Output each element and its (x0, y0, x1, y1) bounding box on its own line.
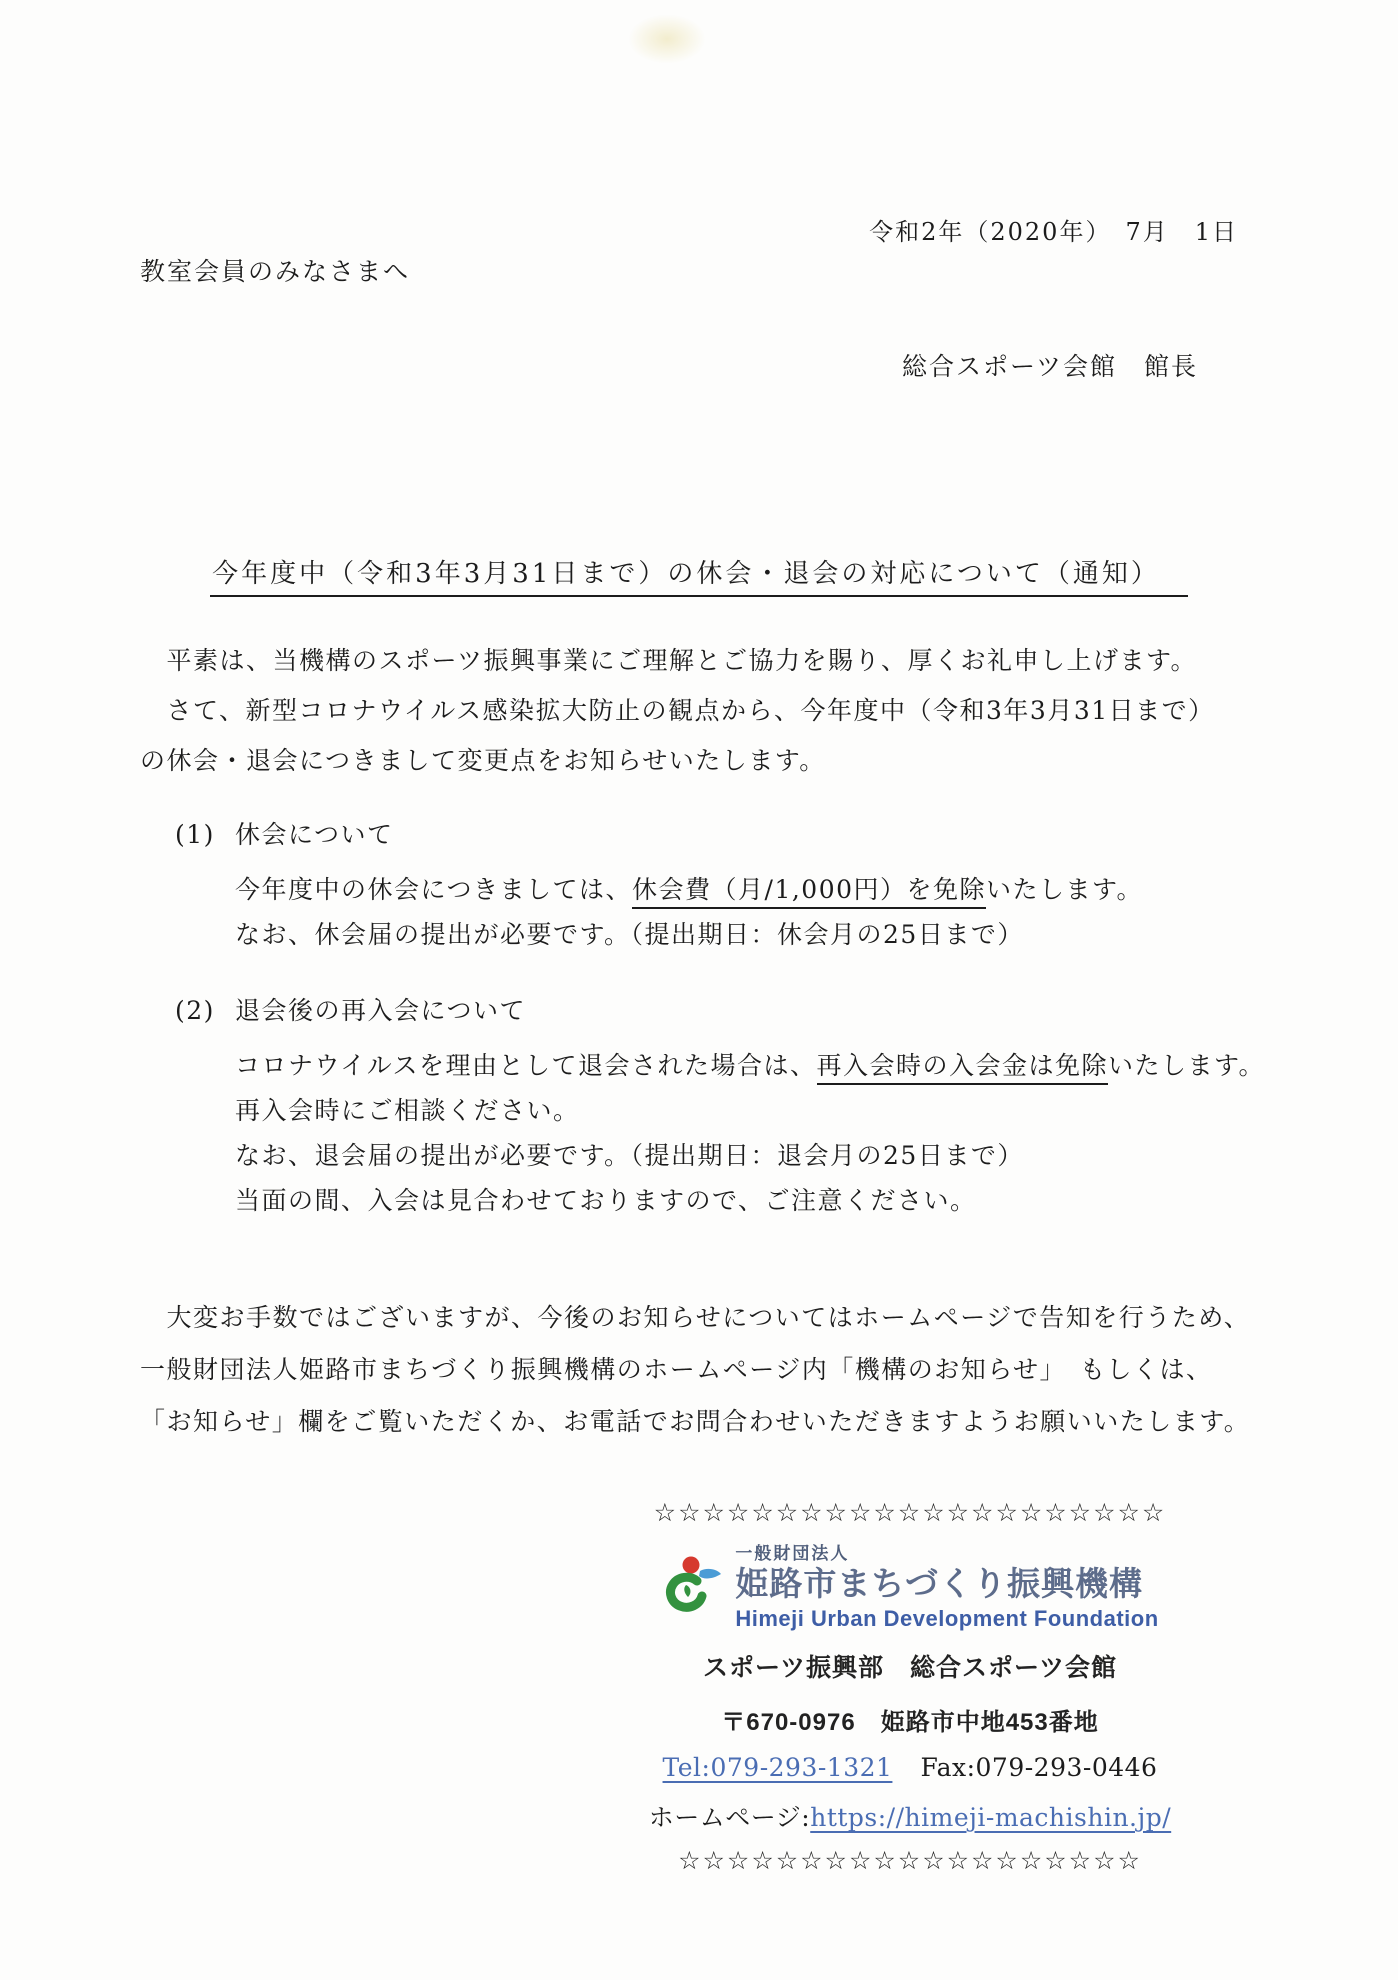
item-2-line-1-post: いたします。 (1108, 1051, 1265, 1080)
scanned-notice-page: 令和2年（2020年） 7月 1日 教室会員のみなさまへ 総合スポーツ会館 館長… (0, 0, 1398, 1980)
item-1-line-2: なお、休会届の提出が必要です。（提出期日：休会月の25日まで） (235, 912, 1278, 957)
paragraph-1: 平素は、当機構のスポーツ振興事業にご理解とご協力を賜り、厚くお礼申し上げます。 (140, 636, 1266, 686)
item-2-line-2: 再入会時にご相談ください。 (235, 1088, 1278, 1133)
item-2-line-1: コロナウイルスを理由として退会された場合は、再入会時の入会金は免除いたします。 (235, 1043, 1278, 1088)
item-2-line-1-underlined: 再入会時の入会金は免除 (817, 1051, 1109, 1085)
item-2-heading-text: 退会後の再入会について (235, 996, 526, 1025)
tel-link[interactable]: Tel:079-293-1321 (663, 1753, 893, 1782)
document-title: 今年度中（令和3年3月31日まで）の休会・退会の対応について（通知） (0, 553, 1398, 590)
fax-number: Fax:079-293-0446 (920, 1753, 1157, 1782)
item-1-number: (1) (175, 812, 235, 858)
organization-type: 一般財団法人 (735, 1539, 1158, 1564)
homepage-line: ホームページ:https://himeji-machishin.jp/ (540, 1798, 1280, 1834)
closing-paragraph: 大変お手数ではございますが、今後のお知らせについてはホームページで告知を行うため… (140, 1292, 1266, 1448)
foundation-logo-icon (661, 1555, 723, 1613)
item-1-line-1-pre: 今年度中の休会につきましては、 (235, 875, 632, 904)
department-line: スポーツ振興部 総合スポーツ会館 (540, 1648, 1280, 1684)
item-1-heading: (1)休会について (175, 812, 1278, 858)
organization-name: 姫路市まちづくり振興機構 (735, 1564, 1158, 1604)
item-1-heading-text: 休会について (235, 820, 394, 849)
closing-line-1: 大変お手数ではございますが、今後のお知らせについてはホームページで告知を行うため… (140, 1292, 1266, 1344)
address-line: 〒670-0976 姫路市中地453番地 (540, 1702, 1280, 1737)
document-title-text: 今年度中（令和3年3月31日まで）の休会・退会の対応について（通知） (210, 559, 1188, 597)
homepage-label: ホームページ: (649, 1803, 810, 1832)
scan-artifact (628, 14, 706, 64)
item-1-section: (1)休会について 今年度中の休会につきましては、休会費（月/1,000円）を免… (175, 812, 1278, 957)
tel-fax-line: Tel:079-293-1321Fax:079-293-0446 (540, 1753, 1280, 1782)
item-2-heading: (2)退会後の再入会について (175, 988, 1278, 1034)
item-2-number: (2) (175, 988, 235, 1034)
item-2-line-3: なお、退会届の提出が必要です。（提出期日：退会月の25日まで） (235, 1133, 1278, 1178)
item-2-body: コロナウイルスを理由として退会された場合は、再入会時の入会金は免除いたします。 … (235, 1043, 1278, 1223)
paragraph-2-line-1: さて、新型コロナウイルス感染拡大防止の観点から、今年度中（令和3年3月31日まで… (140, 686, 1266, 736)
closing-line-2: 一般財団法人姫路市まちづくり振興機構のホームページ内「機構のお知らせ」 もしくは… (140, 1344, 1266, 1396)
stars-row-bottom: ☆☆☆☆☆☆☆☆☆☆☆☆☆☆☆☆☆☆☆ (540, 1846, 1280, 1875)
item-2-line-1-pre: コロナウイルスを理由として退会された場合は、 (235, 1051, 817, 1080)
organization-name-english: Himeji Urban Development Foundation (735, 1606, 1158, 1632)
item-1-line-1-post: いたします。 (986, 875, 1143, 904)
item-1-line-1-underlined: 休会費（月/1,000円）を免除 (632, 875, 986, 909)
intro-paragraphs: 平素は、当機構のスポーツ振興事業にご理解とご協力を賜り、厚くお礼申し上げます。 … (140, 636, 1266, 786)
item-2-line-4: 当面の間、入会は見合わせておりますので、ご注意ください。 (235, 1178, 1278, 1223)
sender-line: 総合スポーツ会館 館長 (902, 347, 1198, 383)
closing-line-3: 「お知らせ」欄をご覧いただくか、お電話でお問合わせいただきますようお願いいたしま… (140, 1396, 1266, 1448)
addressee-line: 教室会員のみなさまへ (140, 252, 410, 288)
item-1-line-1: 今年度中の休会につきましては、休会費（月/1,000円）を免除いたします。 (235, 867, 1278, 912)
footer-block: ☆☆☆☆☆☆☆☆☆☆☆☆☆☆☆☆☆☆☆☆☆ 一般財団法人 姫路市まちづくり振興機… (540, 1498, 1280, 1875)
organization-text-block: 一般財団法人 姫路市まちづくり振興機構 Himeji Urban Develop… (735, 1539, 1158, 1632)
date-line: 令和2年（2020年） 7月 1日 (869, 212, 1238, 247)
paragraph-2-line-2: の休会・退会につきまして変更点をお知らせいたします。 (140, 736, 1266, 786)
item-2-section: (2)退会後の再入会について コロナウイルスを理由として退会された場合は、再入会… (175, 988, 1278, 1223)
homepage-link[interactable]: https://himeji-machishin.jp/ (810, 1803, 1171, 1832)
item-1-body: 今年度中の休会につきましては、休会費（月/1,000円）を免除いたします。 なお… (235, 867, 1278, 957)
organization-logo-block: 一般財団法人 姫路市まちづくり振興機構 Himeji Urban Develop… (661, 1539, 1158, 1632)
stars-row-top: ☆☆☆☆☆☆☆☆☆☆☆☆☆☆☆☆☆☆☆☆☆ (540, 1498, 1280, 1527)
